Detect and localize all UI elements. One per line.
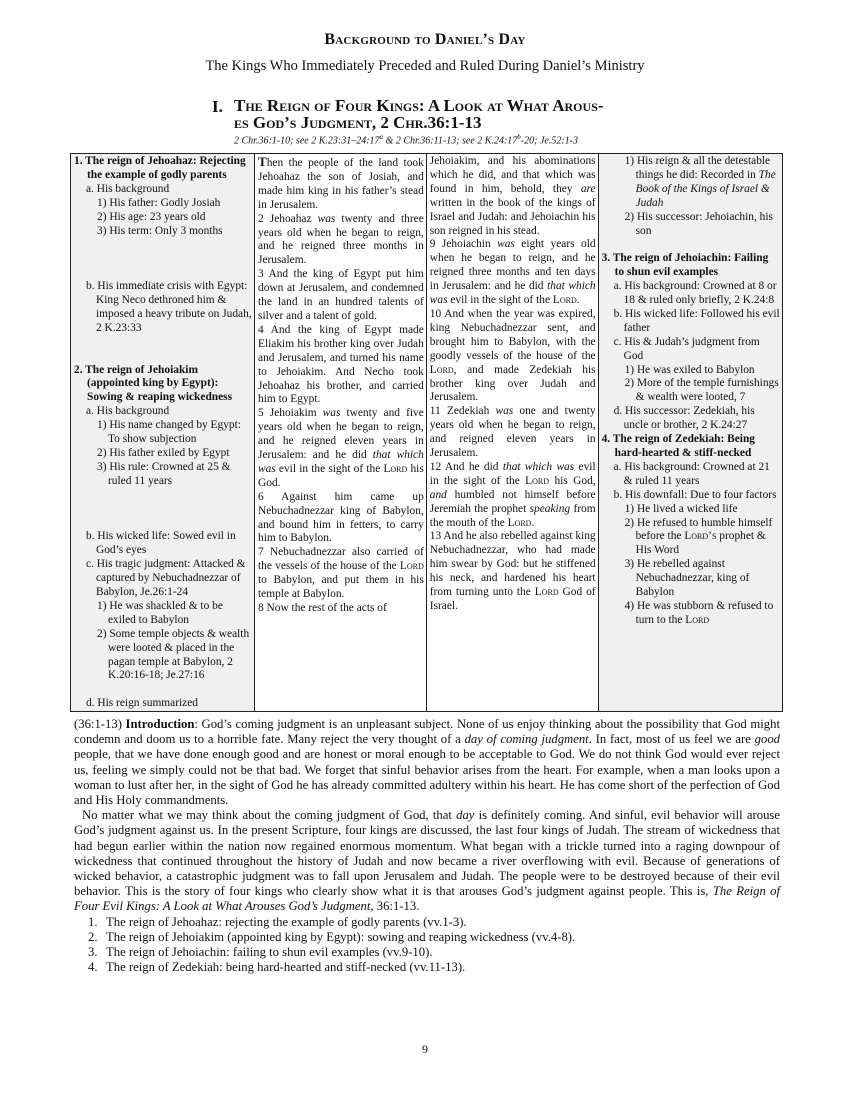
verse-5: 5 Jehoiakim was twenty and five years ol… bbox=[258, 407, 424, 490]
outline-subsubpoint: 1) His name changed by Egypt: To show su… bbox=[74, 419, 252, 447]
verse-smallcaps: Lord bbox=[535, 586, 559, 598]
outline-subsubpoint: 2) More of the temple furnishings & weal… bbox=[602, 377, 780, 405]
commentary-paragraph-1: (36:1-13) Introduction: God’s coming jud… bbox=[74, 717, 780, 808]
verse-reference: (36:1-13) bbox=[74, 717, 126, 731]
list-item: 2.The reign of Jehoiakim (appointed king… bbox=[74, 930, 780, 945]
list-number: 2. bbox=[88, 930, 98, 945]
verse-text: evil in the sight of the bbox=[276, 463, 384, 475]
verse-smallcaps: Lord bbox=[508, 517, 532, 529]
scripture-column-2: Jehoiakim, and his abominations which he… bbox=[426, 154, 598, 712]
paragraph-text: people, that we have done enough good an… bbox=[74, 747, 780, 807]
outline-subpoint: a. His background: Crowned at 8 or 18 & … bbox=[602, 280, 780, 308]
page-title: Background to Daniel’s Day bbox=[0, 31, 850, 49]
verse-10: 10 And when the year was expired, king N… bbox=[430, 308, 596, 405]
verse-italic: speaking bbox=[530, 503, 571, 515]
verse-text: his God, bbox=[549, 475, 596, 487]
verse-text: evil in the sight of the bbox=[448, 294, 553, 306]
outline-column-left: 1. The reign of Jehoahaz: Rejecting the … bbox=[71, 154, 255, 712]
section-title-line2: es God’s Judgment, 2 Chr.36:1-13 bbox=[234, 113, 482, 132]
commentary: (36:1-13) Introduction: God’s coming jud… bbox=[74, 717, 780, 975]
section-heading: I. The Reign of Four Kings: A Look at Wh… bbox=[212, 97, 672, 146]
outline-smallcaps: Lord bbox=[685, 614, 709, 626]
outline-point-3: 3. The reign of Jehoiachin: Failing to s… bbox=[602, 252, 780, 280]
verse-text: Jehoiakim, and his abominations which he… bbox=[430, 155, 596, 195]
outline-subsubpoint: 3) He rebelled against Nebuchadnezzar, k… bbox=[602, 558, 780, 600]
outline-point-4: 4. The reign of Zedekiah: Being hard-hea… bbox=[602, 433, 780, 461]
verse-smallcaps: Lord bbox=[553, 294, 577, 306]
emphasis: day bbox=[456, 808, 474, 822]
page-number: 9 bbox=[0, 1042, 850, 1057]
outline-subpoint: a. His background bbox=[74, 405, 252, 419]
scripture-column-1: Then the people of the land took Jehoaha… bbox=[255, 154, 427, 712]
list-text: The reign of Zedekiah: being hard-hearte… bbox=[106, 960, 465, 974]
outline-subsubpoint: 1) His reign & all the detestable things… bbox=[602, 155, 780, 211]
list-text: The reign of Jehoiachin: failing to shun… bbox=[106, 945, 433, 959]
outline-subpoint: d. His successor: Zedekiah, his uncle or… bbox=[602, 405, 780, 433]
paragraph-text: . In fact, most of us feel we are bbox=[589, 732, 755, 746]
list-text: The reign of Jehoahaz: rejecting the exa… bbox=[106, 915, 467, 929]
outline-smallcaps: Lord’s bbox=[684, 530, 716, 542]
verse-text: written in the book of the kings of Isra… bbox=[430, 197, 596, 237]
verse-6: 6 Against him came up Nebuchadnezzar kin… bbox=[258, 491, 424, 547]
verse-4: 4 And the king of Egypt made Eliakim his… bbox=[258, 324, 424, 407]
outline-subsubpoint: 1) He was shackled & to be exiled to Bab… bbox=[74, 600, 252, 628]
outline-subpoint: a. His background bbox=[74, 183, 252, 197]
outline-subpoint: b. His immediate crisis with Egypt: King… bbox=[74, 280, 252, 336]
drop-letter: T bbox=[258, 154, 267, 169]
outline-subpoint: b. His downfall: Due to four factors bbox=[602, 489, 780, 503]
section-title: The Reign of Four Kings: A Look at What … bbox=[234, 97, 672, 131]
verse-italic: was bbox=[318, 213, 336, 225]
section-references: 2 Chr.36:1-10; see 2 K.23:31–24:17a & 2 … bbox=[234, 133, 672, 146]
verse-text: 2 Jehoahaz bbox=[258, 213, 318, 225]
ref-part: & 2 Chr.36:11-13; see 2 K.24:17 bbox=[383, 135, 517, 146]
outline-subsubpoint: 1) His father: Godly Josiah bbox=[74, 197, 252, 211]
outline-subpoint: c. His & Judah’s judgment from God bbox=[602, 336, 780, 364]
paragraph-text: No matter what we may think about the co… bbox=[82, 808, 456, 822]
verse-2: 2 Jehoahaz was twenty and three years ol… bbox=[258, 213, 424, 269]
verse-1: Then the people of the land took Jehoaha… bbox=[258, 155, 424, 213]
outline-subpoint: c. His tragic judgment: Attacked & captu… bbox=[74, 558, 252, 600]
section-number: I. bbox=[212, 97, 223, 117]
verse-text: 10 And when the year was expired, king N… bbox=[430, 308, 596, 362]
verse-text: 7 Nebuchadnezzar also carried of the ves… bbox=[258, 546, 424, 572]
list-item: 1.The reign of Jehoahaz: rejecting the e… bbox=[74, 915, 780, 930]
verse-smallcaps: Lord bbox=[400, 560, 424, 572]
verse-text: , and made Zedekiah his brother king ove… bbox=[430, 364, 596, 404]
outline-point-2: 2. The reign of Jehoiakim (appointed kin… bbox=[74, 364, 252, 406]
outline-subpoint: b. His wicked life: Followed his evil fa… bbox=[602, 308, 780, 336]
outline-subsubpoint: 4) He was stubborn & refused to turn to … bbox=[602, 600, 780, 628]
page-subtitle: The Kings Who Immediately Preceded and R… bbox=[0, 58, 850, 75]
outline-scripture-table: 1. The reign of Jehoahaz: Rejecting the … bbox=[70, 153, 783, 712]
outline-point-1: 1. The reign of Jehoahaz: Rejecting the … bbox=[74, 155, 252, 183]
list-text: The reign of Jehoiakim (appointed king b… bbox=[106, 930, 575, 944]
paragraph-text: , 36:1-13. bbox=[370, 899, 419, 913]
outline-text: 1) His reign & all the detestable things… bbox=[625, 155, 771, 181]
verse-italic: and bbox=[430, 489, 447, 501]
verse-12: 12 And he did that which was evil in the… bbox=[430, 461, 596, 531]
verse-text: 12 And he did bbox=[430, 461, 503, 473]
outline-subpoint: b. His wicked life: Sowed evil in God’s … bbox=[74, 530, 252, 558]
verse-smallcaps: Lord bbox=[430, 364, 454, 376]
ref-part: 2 Chr.36:1-10; see 2 K.23:31–24:17 bbox=[234, 135, 380, 146]
outline-subpoint: d. His reign summarized bbox=[74, 697, 252, 711]
outline-subsubpoint: 3) His term: Only 3 months bbox=[74, 225, 252, 239]
verse-text: 9 Jehoiachin bbox=[430, 238, 497, 250]
verse-text: 5 Jehoiakim bbox=[258, 407, 323, 419]
verse-text: hen the people of the land took Jehoahaz… bbox=[258, 157, 424, 211]
outline-summary-list: 1.The reign of Jehoahaz: rejecting the e… bbox=[74, 915, 780, 976]
verse-7: 7 Nebuchadnezzar also carried of the ves… bbox=[258, 546, 424, 602]
outline-subsubpoint: 2) He refused to humble himself before t… bbox=[602, 517, 780, 559]
outline-subsubpoint: 3) His rule: Crowned at 25 & ruled 11 ye… bbox=[74, 461, 252, 489]
verse-8: 8 Now the rest of the acts of bbox=[258, 602, 424, 616]
verse-italic: was bbox=[497, 238, 515, 250]
ref-part: -20; Je.52:1-3 bbox=[521, 135, 578, 146]
verse-13: 13 And he also rebelled against king Neb… bbox=[430, 530, 596, 613]
verse-3: 3 And the king of Egypt put him down at … bbox=[258, 268, 424, 324]
emphasis: day of coming judgment bbox=[465, 732, 589, 746]
emphasis: good bbox=[755, 732, 780, 746]
verse-8-cont: Jehoiakim, and his abominations which he… bbox=[430, 155, 596, 238]
outline-subsubpoint: 2) Some temple objects & wealth were loo… bbox=[74, 628, 252, 684]
verse-italic: that which was bbox=[503, 461, 574, 473]
verse-text: . bbox=[577, 294, 580, 306]
verse-text: to Babylon, and put them in his temple a… bbox=[258, 574, 424, 600]
verse-text: 11 Zedekiah bbox=[430, 405, 496, 417]
verse-smallcaps: Lord bbox=[525, 475, 549, 487]
verse-italic: was bbox=[495, 405, 513, 417]
list-item: 4.The reign of Zedekiah: being hard-hear… bbox=[74, 960, 780, 975]
outline-subsubpoint: 2) His age: 23 years old bbox=[74, 211, 252, 225]
intro-label: Introduction bbox=[126, 717, 195, 731]
outline-subsubpoint: 2) His successor: Jehoiachin, his son bbox=[602, 211, 780, 239]
verse-9: 9 Jehoiachin was eight years old when he… bbox=[430, 238, 596, 308]
list-number: 3. bbox=[88, 945, 98, 960]
list-number: 4. bbox=[88, 960, 98, 975]
verse-text: . bbox=[531, 517, 534, 529]
verse-11: 11 Zedekiah was one and twenty years old… bbox=[430, 405, 596, 461]
verse-italic: was bbox=[323, 407, 341, 419]
outline-subsubpoint: 1) He lived a wicked life bbox=[602, 503, 780, 517]
list-item: 3.The reign of Jehoiachin: failing to sh… bbox=[74, 945, 780, 960]
verse-italic: are bbox=[581, 183, 596, 195]
outline-subpoint: a. His background: Crowned at 21 & ruled… bbox=[602, 461, 780, 489]
outline-column-right: 1) His reign & all the detestable things… bbox=[598, 154, 782, 712]
commentary-paragraph-2: No matter what we may think about the co… bbox=[74, 808, 780, 914]
outline-subsubpoint: 2) His father exiled by Egypt bbox=[74, 447, 252, 461]
outline-subsubpoint: 1) He was exiled to Babylon bbox=[602, 364, 780, 378]
list-number: 1. bbox=[88, 915, 98, 930]
verse-smallcaps: Lord bbox=[383, 463, 407, 475]
